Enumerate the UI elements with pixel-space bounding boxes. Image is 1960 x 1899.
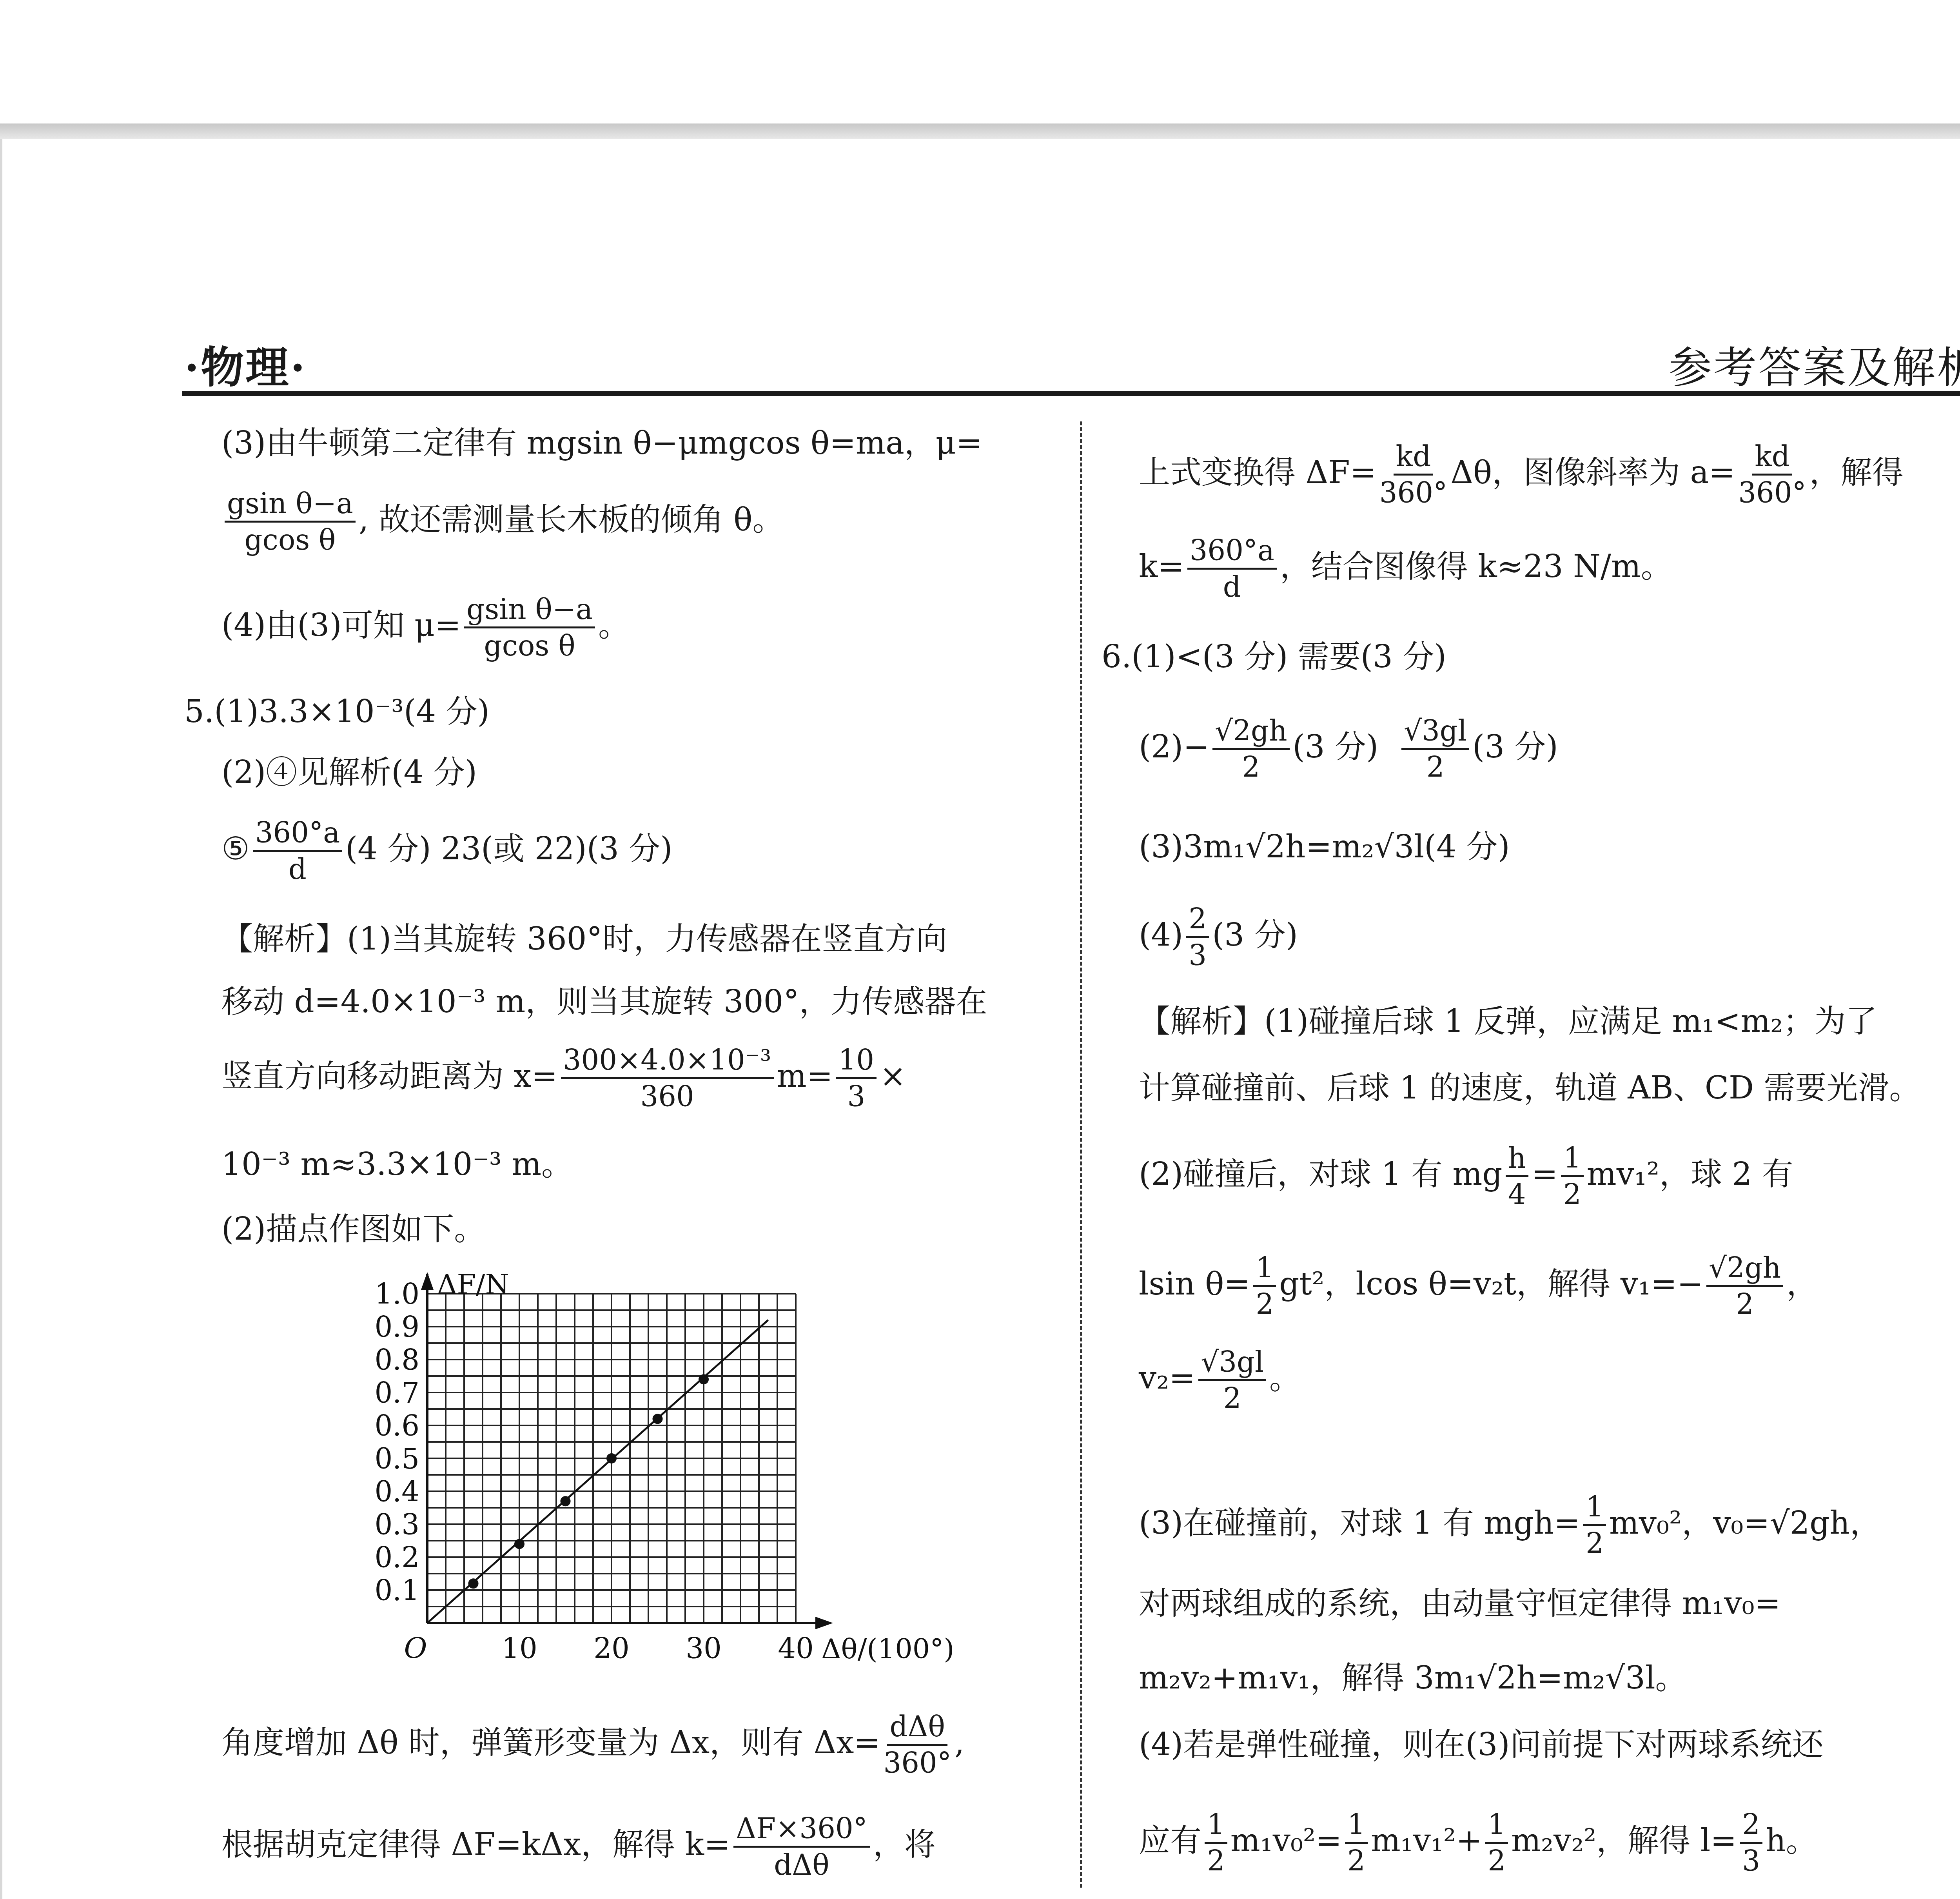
fraction-denominator: dΔθ (774, 1848, 829, 1882)
fraction-k: ΔF×360° dΔθ (733, 1811, 870, 1882)
fraction-numerator: 10 (836, 1043, 877, 1079)
analysis-5-line-6-text: 角度增加 Δθ 时，弹簧形变量为 Δx，则有 Δx= (221, 1724, 880, 1761)
fraction-denominator: d (1223, 570, 1241, 604)
fraction-denominator: d (289, 852, 307, 886)
fraction-numerator: √3gl (1401, 713, 1469, 750)
fraction-numerator: 1 (1485, 1807, 1508, 1844)
data-point (514, 1539, 524, 1549)
fraction-kd-360-2: kd 360° (1738, 439, 1806, 510)
fraction-denominator: 2 (1256, 1287, 1274, 1322)
fraction-denominator: gcos θ (244, 523, 336, 557)
k-equals: k= (1139, 548, 1184, 585)
x-tick-label: 30 (686, 1632, 722, 1665)
data-point (699, 1374, 709, 1384)
right-line-2: k= 360°a d ，结合图像得 k≈23 N/m。 (1139, 533, 1672, 604)
fraction-denominator: 2 (1426, 750, 1445, 784)
force-angle-chart: 0.10.20.30.40.50.60.70.80.91.010203040OΔ… (345, 1270, 956, 1678)
fraction-numerator: 1 (1583, 1490, 1606, 1526)
y-axis-label: ΔF/N (437, 1270, 509, 1300)
y-tick-label: 0.9 (374, 1311, 419, 1343)
analysis-5-line-3-text: 竖直方向移动距离为 x= (221, 1058, 558, 1094)
fraction-sqrt3gl-2: √3gl 2 (1401, 713, 1469, 784)
fraction-denominator: 2 (1207, 1844, 1225, 1878)
fraction-kd-360: kd 360° (1379, 439, 1447, 510)
fraction-denominator: gcos θ (484, 628, 575, 663)
fraction-numerator: 360°a (1187, 533, 1277, 570)
fraction-numerator: 300×4.0×10⁻³ (561, 1043, 774, 1079)
fraction-numerator: √2gh (1706, 1251, 1783, 1287)
fraction-numerator: gsin θ−a (225, 486, 356, 523)
fraction-numerator: 1 (1205, 1807, 1227, 1844)
left-line-2-text: , 故还需测量长木板的倾角 θ。 (359, 501, 784, 537)
fraction-denominator: 360 (640, 1079, 694, 1114)
x-tick-label: 20 (593, 1632, 630, 1665)
fraction-360a-d-right: 360°a d (1187, 533, 1277, 604)
text: v₂= (1139, 1360, 1195, 1396)
y-tick-label: 0.2 (374, 1541, 419, 1574)
right-line-1-mid: Δθ，图像斜率为 a= (1450, 454, 1735, 490)
fraction-360a-d: 360°a d (253, 815, 342, 886)
x-axis-label: Δθ/(100°) (821, 1633, 955, 1665)
answer-5-5-text: (4 分) 23(或 22)(3 分) (345, 830, 672, 867)
y-tick-label: 0.3 (374, 1508, 419, 1541)
answer-5-1: 5.(1)3.3×10⁻³(4 分) (184, 692, 490, 731)
fraction-1-2: 1 2 (1253, 1251, 1276, 1322)
fraction-denominator: 360° (1738, 476, 1806, 510)
answer-5-2: (2)④见解析(4 分) (221, 753, 477, 792)
fraction-1-2: 1 2 (1485, 1807, 1508, 1878)
analysis-5-line-7-end: ，将 (873, 1826, 936, 1863)
fraction-1-2: 1 2 (1205, 1807, 1227, 1878)
times-sign: × (880, 1058, 906, 1094)
score-3-c: (3 分) (1212, 917, 1298, 953)
fraction-denominator: 3 (1189, 938, 1207, 973)
fraction-h-4: h 4 (1506, 1141, 1528, 1212)
analysis-6-line-7: 对两球组成的系统，由动量守恒定律得 m₁v₀= (1139, 1584, 1781, 1623)
scan-top-band (0, 123, 1960, 139)
analysis-6-line-6: (3)在碰撞前，对球 1 有 mgh= 1 2 mv₀²，v₀=√2gh， (1139, 1490, 1881, 1561)
period: 。 (1269, 1360, 1301, 1396)
header-rule (182, 391, 1960, 396)
analysis-5-line-2: 移动 d=4.0×10⁻³ m，则当其旋转 300°，力传感器在 (221, 982, 987, 1021)
answer-6-3: (3)3m₁√2h=m₂√3l(4 分) (1139, 827, 1510, 866)
column-divider (1080, 421, 1082, 1888)
fraction-denominator: 360° (1379, 476, 1447, 510)
text: mv₀²，v₀=√2gh， (1609, 1505, 1881, 1541)
fraction-mu: gsin θ−a gcos θ (225, 486, 356, 557)
fraction-x: 300×4.0×10⁻³ 360 (561, 1043, 774, 1114)
data-point (468, 1578, 479, 1589)
y-tick-label: 0.7 (374, 1376, 419, 1409)
text: lsin θ= (1139, 1265, 1250, 1302)
text: 应有 (1139, 1822, 1201, 1859)
data-point (653, 1414, 663, 1424)
answer-6-4-label: (4) (1139, 917, 1183, 953)
right-line-2-text: ，结合图像得 k≈23 N/m。 (1280, 548, 1672, 585)
left-line-1: (3)由牛顿第二定律有 mgsin θ−μmgcos θ=ma，μ= (221, 423, 982, 463)
fraction-denominator: 2 (1488, 1844, 1506, 1878)
fraction-numerator: 2 (1740, 1807, 1762, 1844)
analysis-6-line-2: 计算碰撞前、后球 1 的速度，轨道 AB、CD 需要光滑。 (1139, 1068, 1921, 1107)
analysis-6-line-5: v₂= √3gl 2 。 (1139, 1345, 1301, 1416)
y-tick-label: 0.4 (374, 1475, 419, 1508)
text: m₁v₁²+ (1371, 1822, 1482, 1859)
score-3: (3 分) (1293, 728, 1379, 765)
fraction-numerator: h (1506, 1141, 1528, 1177)
fraction-numerator: kd (1752, 439, 1792, 476)
text: (3)在碰撞前，对球 1 有 mgh= (1139, 1505, 1580, 1541)
score-3-b: (3 分) (1472, 728, 1558, 765)
analysis-6-line-3: (2)碰撞后，对球 1 有 mg h 4 = 1 2 mv₁²，球 2 有 (1139, 1141, 1793, 1212)
text: mv₁²，球 2 有 (1587, 1156, 1793, 1192)
fraction-mu-2: gsin θ−a gcos θ (464, 592, 595, 663)
fit-line (427, 1320, 768, 1623)
text: gt²，lcos θ=v₂t，解得 v₁=− (1279, 1265, 1703, 1302)
fraction-denominator: 360° (883, 1746, 951, 1780)
data-point (561, 1496, 571, 1506)
fraction-2-3: 2 3 (1186, 902, 1209, 973)
fraction-denominator: 4 (1508, 1177, 1526, 1212)
fraction-numerator: gsin θ−a (464, 592, 595, 628)
period: 。 (598, 607, 630, 643)
text: m₁v₀²= (1230, 1822, 1342, 1859)
fraction-sqrt2gh-2b: √2gh 2 (1706, 1251, 1783, 1322)
analysis-5-line-7-text: 根据胡克定律得 ΔF=kΔx，解得 k= (221, 1826, 730, 1863)
fraction-denominator: 2 (1736, 1287, 1754, 1322)
circled-number-5: ⑤ (221, 830, 250, 867)
fraction-numerator: √3gl (1198, 1345, 1266, 1381)
y-tick-label: 0.6 (374, 1409, 419, 1442)
fraction-denominator: 2 (1223, 1381, 1241, 1416)
fraction-numerator: 1 (1561, 1141, 1584, 1177)
fraction-denominator: 2 (1563, 1177, 1581, 1212)
fraction-numerator: dΔθ (887, 1709, 947, 1746)
header-subject: ·物理· (184, 333, 307, 395)
left-line-3: (4)由(3)可知 μ= gsin θ−a gcos θ 。 (221, 592, 630, 663)
y-tick-label: 1.0 (374, 1278, 419, 1311)
right-line-1-text: 上式变换得 ΔF= (1139, 454, 1376, 490)
right-line-1: 上式变换得 ΔF= kd 360° Δθ，图像斜率为 a= kd 360° ，解… (1139, 439, 1904, 510)
fraction-numerator: √2gh (1212, 713, 1289, 750)
analysis-6-line-1: 【解析】(1)碰撞后球 1 反弹，应满足 m₁<m₂；为了 (1139, 1002, 1877, 1041)
fraction-numerator: 360°a (253, 815, 342, 852)
text: h。 (1766, 1822, 1817, 1859)
equals: = (1532, 1156, 1558, 1192)
y-tick-label: 0.5 (374, 1442, 419, 1475)
header-section-title: 参考答案及解析 (1669, 333, 1960, 395)
fraction-numerator: 1 (1345, 1807, 1368, 1844)
fraction-sqrt3gl-2b: √3gl 2 (1198, 1345, 1266, 1416)
analysis-5-line-5: (2)描点作图如下。 (221, 1209, 485, 1249)
text: (2)碰撞后，对球 1 有 mg (1139, 1156, 1503, 1192)
fraction-denominator: 3 (847, 1079, 865, 1114)
analysis-6-line-4: lsin θ= 1 2 gt²，lcos θ=v₂t，解得 v₁=− √2gh … (1139, 1251, 1818, 1322)
answer-6-4: (4) 2 3 (3 分) (1139, 902, 1298, 973)
fraction-denominator: 2 (1586, 1526, 1604, 1561)
text: m₂v₂²，解得 l= (1511, 1822, 1737, 1859)
fraction-numerator: kd (1394, 439, 1434, 476)
fraction-1-2: 1 2 (1561, 1141, 1584, 1212)
fraction-2-3: 2 3 (1740, 1807, 1762, 1878)
comma: ， (1786, 1265, 1818, 1302)
analysis-5-line-1: 【解析】(1)当其旋转 360°时，力传感器在竖直方向 (221, 919, 947, 959)
left-line-3-text: (4)由(3)可知 μ= (221, 607, 461, 643)
data-point (606, 1453, 617, 1463)
analysis-6-line-10: 应有 1 2 m₁v₀²= 1 2 m₁v₁²+ 1 2 m₂v₂²，解得 l=… (1139, 1807, 1817, 1878)
right-line-1-end: ，解得 (1809, 454, 1904, 490)
fraction-denominator: 3 (1742, 1844, 1760, 1878)
origin-label: O (404, 1632, 427, 1665)
fraction-1-2: 1 2 (1345, 1807, 1368, 1878)
analysis-5-line-4: 10⁻³ m≈3.3×10⁻³ m。 (221, 1145, 573, 1184)
left-line-2: gsin θ−a gcos θ , 故还需测量长木板的倾角 θ。 (221, 486, 784, 557)
y-axis-arrow-icon (421, 1272, 434, 1290)
answer-6-2: (2)− √2gh 2 (3 分) √3gl 2 (3 分) (1139, 713, 1558, 784)
answer-6-2-label: (2)− (1139, 728, 1209, 765)
fraction-10-3: 10 3 (836, 1043, 877, 1114)
x-tick-label: 10 (501, 1632, 537, 1665)
fraction-denominator: 2 (1242, 750, 1260, 784)
x-axis-arrow-icon (815, 1617, 833, 1629)
y-tick-label: 0.1 (374, 1574, 419, 1607)
unit-equals: m= (777, 1058, 833, 1094)
fraction-denominator: 2 (1347, 1844, 1365, 1878)
fraction-dx: dΔθ 360° (883, 1709, 951, 1780)
page-edge (0, 139, 2, 1899)
analysis-5-line-6: 角度增加 Δθ 时，弹簧形变量为 Δx，则有 Δx= dΔθ 360° , (221, 1709, 964, 1780)
fraction-numerator: ΔF×360° (733, 1811, 870, 1848)
fraction-1-2: 1 2 (1583, 1490, 1606, 1561)
analysis-5-line-7: 根据胡克定律得 ΔF=kΔx，解得 k= ΔF×360° dΔθ ，将 (221, 1811, 936, 1882)
fraction-sqrt2gh-2: √2gh 2 (1212, 713, 1289, 784)
analysis-6-line-8: m₂v₂+m₁v₁，解得 3m₁√2h=m₂√3l。 (1139, 1658, 1687, 1697)
answer-6-1: 6.(1)<(3 分) 需要(3 分) (1102, 637, 1446, 676)
answer-5-5: ⑤ 360°a d (4 分) 23(或 22)(3 分) (221, 815, 672, 886)
analysis-6-line-9: (4)若是弹性碰撞，则在(3)问前提下对两球系统还 (1139, 1725, 1824, 1764)
y-tick-label: 0.8 (374, 1343, 419, 1376)
fraction-numerator: 1 (1253, 1251, 1276, 1287)
fraction-numerator: 2 (1186, 902, 1209, 938)
x-tick-label: 40 (778, 1632, 814, 1665)
analysis-5-line-3: 竖直方向移动距离为 x= 300×4.0×10⁻³ 360 m= 10 3 × (221, 1043, 906, 1114)
